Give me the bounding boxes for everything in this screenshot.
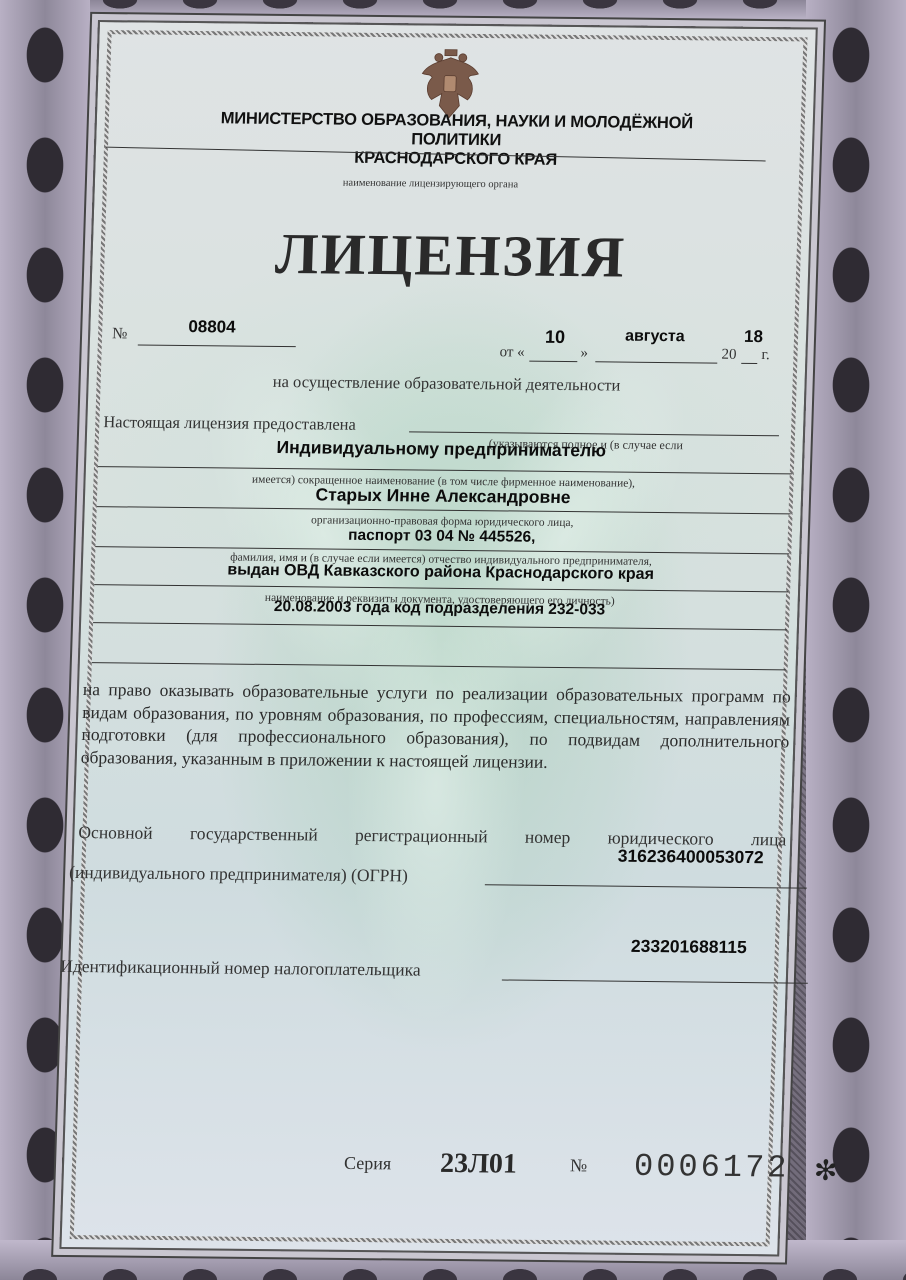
licensing-authority: МИНИСТЕРСТВО ОБРАЗОВАНИЯ, НАУКИ И МОЛОДЁ…	[175, 109, 737, 172]
license-purpose: на осуществление образовательной деятель…	[88, 370, 804, 397]
series-label: Серия	[344, 1153, 392, 1174]
authority-caption: наименование лицензирующего органа	[343, 178, 519, 191]
frame-ornament-right	[806, 0, 906, 1280]
frame-ornament-top	[0, 0, 906, 22]
date-close-quote: »	[580, 345, 588, 362]
grantee-type: Индивидуальному предпринимателю	[276, 437, 606, 461]
ogrn-value: 316236400053072	[617, 846, 764, 869]
inn-underline	[502, 979, 808, 983]
license-number: 08804	[188, 317, 236, 337]
year-underline	[741, 363, 757, 364]
year-label: г.	[761, 347, 770, 364]
document-title: ЛИЦЕНЗИЯ	[92, 218, 810, 292]
license-year: 18	[744, 327, 764, 347]
inn-value: 233201688115	[631, 936, 747, 958]
inn-label: Идентификационный номер налогоплательщик…	[60, 956, 421, 981]
form-serial: Серия 23Л01 № 0006172 ✻	[343, 1147, 774, 1192]
date-from-label: от «	[499, 344, 525, 361]
serial-number-sign: №	[570, 1155, 588, 1176]
license-month: августа	[625, 328, 685, 347]
license-rights-text: на право оказывать образовательные услуг…	[80, 678, 791, 775]
year-prefix: 20	[721, 347, 737, 364]
license-document: МИНИСТЕРСТВО ОБРАЗОВАНИЯ, НАУКИ И МОЛОДЁ…	[59, 20, 817, 1256]
authority-line-1: МИНИСТЕРСТВО ОБРАЗОВАНИЯ, НАУКИ И МОЛОДЁ…	[176, 109, 737, 153]
coat-of-arms-icon	[417, 43, 483, 122]
ogrn-underline	[485, 884, 807, 888]
serial-number: 0006172	[633, 1148, 790, 1187]
day-underline	[529, 361, 577, 363]
asterisk-mark-icon: ✻	[813, 1154, 838, 1188]
number-sign: №	[112, 325, 128, 343]
license-day: 10	[545, 327, 566, 348]
ogrn-label-line-2: (индивидуального предпринимателя) (ОГРН)	[69, 862, 408, 887]
series-value: 23Л01	[440, 1148, 518, 1181]
granted-label: Настоящая лицензия предоставлена	[103, 412, 356, 435]
